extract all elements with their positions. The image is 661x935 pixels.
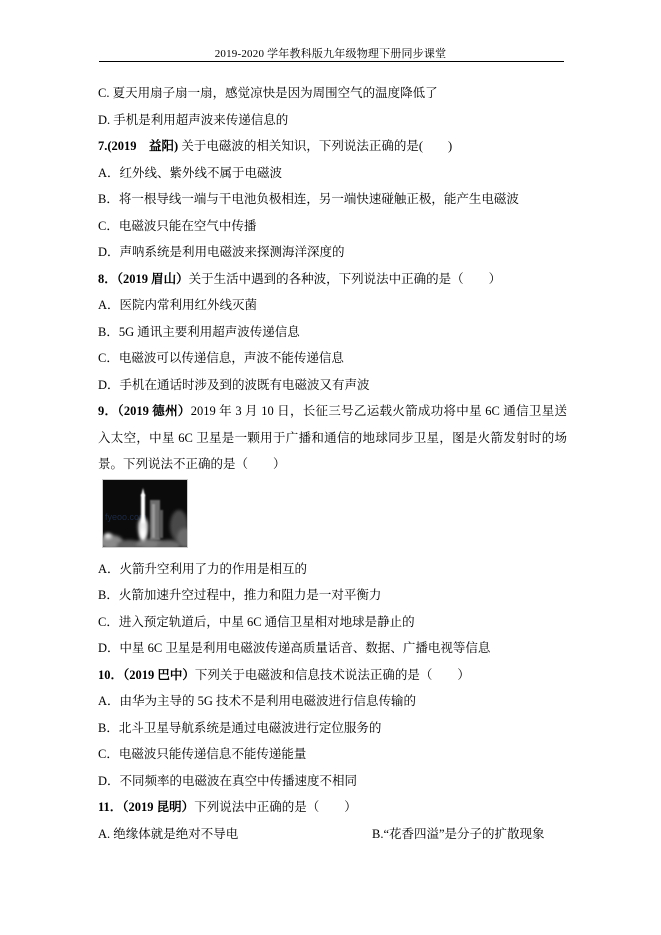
question-11-option-b: B.“花香四溢”是分子的扩散现象 xyxy=(372,821,545,848)
question-11-text: 下列说法中正确的是（ ） xyxy=(194,800,357,814)
question-10-stem: 10．（2019 巴中）下列关于电磁波和信息技术说法正确的是（ ） xyxy=(98,662,567,689)
question-7-stem: 7.(2019 益阳) 关于电磁波的相关知识，下列说法正确的是( ) xyxy=(98,133,567,160)
document-page: 2019-2020 学年教科版九年级物理下册同步课堂 C. 夏天用扇子扇一扇，感… xyxy=(0,0,661,935)
rocket-launch-photo: fyeoo.com xyxy=(102,479,188,548)
question-7-option-b: B．将一根导线一端与干电池负极相连，另一端快速碰触正极，能产生电磁波 xyxy=(98,186,567,213)
question-9-option-c: C．进入预定轨道后，中星 6C 通信卫星相对地球是静止的 xyxy=(98,609,567,636)
question-8-option-a: A．医院内常利用红外线灭菌 xyxy=(98,292,567,319)
rocket-launch-image: fyeoo.com xyxy=(102,479,188,548)
question-8-stem: 8．（2019 眉山）关于生活中遇到的各种波，下列说法中正确的是（ ） xyxy=(98,266,567,293)
question-11-stem: 11．（2019 昆明）下列说法中正确的是（ ） xyxy=(98,794,567,821)
document-body: C. 夏天用扇子扇一扇，感觉凉快是因为周围空气的温度降低了 D. 手机是利用超声… xyxy=(98,80,567,847)
question-10-option-c: C．电磁波只能传递信息不能传递能量 xyxy=(98,741,567,768)
question-11-option-a: A. 绝缘体就是绝对不导电 xyxy=(98,827,238,841)
question-9-option-a: A．火箭升空利用了力的作用是相互的 xyxy=(98,556,567,583)
prev-option-c: C. 夏天用扇子扇一扇，感觉凉快是因为周围空气的温度降低了 xyxy=(98,80,567,107)
question-7-option-c: C．电磁波只能在空气中传播 xyxy=(98,213,567,240)
question-7-option-d: D．声呐系统是利用电磁波来探测海洋深度的 xyxy=(98,239,567,266)
question-9-option-d: D．中星 6C 卫星是利用电磁波传递高质量话音、数据、广播电视等信息 xyxy=(98,635,567,662)
question-9-number: 9．（2019 德州） xyxy=(98,404,191,418)
question-7-option-a: A．红外线、紫外线不属于电磁波 xyxy=(98,160,567,187)
question-8-option-c: C．电磁波可以传递信息，声波不能传递信息 xyxy=(98,345,567,372)
question-10-option-d: D．不同频率的电磁波在真空中传播速度不相同 xyxy=(98,768,567,795)
question-8-option-d: D．手机在通话时涉及到的波既有电磁波又有声波 xyxy=(98,372,567,399)
question-7-number: 7.(2019 益阳) xyxy=(98,139,178,153)
question-7-text: 关于电磁波的相关知识，下列说法正确的是( ) xyxy=(178,139,452,153)
question-11-number: 11．（2019 昆明） xyxy=(98,800,194,814)
header-divider xyxy=(99,61,564,62)
question-8-option-b: B．5G 通讯主要利用超声波传递信息 xyxy=(98,319,567,346)
prev-option-d: D. 手机是利用超声波来传递信息的 xyxy=(98,107,567,134)
question-10-number: 10．（2019 巴中） xyxy=(98,668,195,682)
question-10-option-a: A．由华为主导的 5G 技术不是利用电磁波进行信息传输的 xyxy=(98,688,567,715)
question-8-text: 关于生活中遇到的各种波，下列说法中正确的是（ ） xyxy=(189,272,502,286)
question-11-options-row: A. 绝缘体就是绝对不导电 B.“花香四溢”是分子的扩散现象 xyxy=(98,821,567,848)
question-10-text: 下列关于电磁波和信息技术说法正确的是（ ） xyxy=(195,668,470,682)
question-10-option-b: B．北斗卫星导航系统是通过电磁波进行定位服务的 xyxy=(98,715,567,742)
question-8-number: 8．（2019 眉山） xyxy=(98,272,189,286)
page-header-title: 2019-2020 学年教科版九年级物理下册同步课堂 xyxy=(0,45,661,61)
question-9-stem: 9．（2019 德州）2019 年 3 月 10 日，长征三号乙运载火箭成功将中… xyxy=(98,398,567,478)
question-9-option-b: B．火箭加速升空过程中，推力和阻力是一对平衡力 xyxy=(98,582,567,609)
